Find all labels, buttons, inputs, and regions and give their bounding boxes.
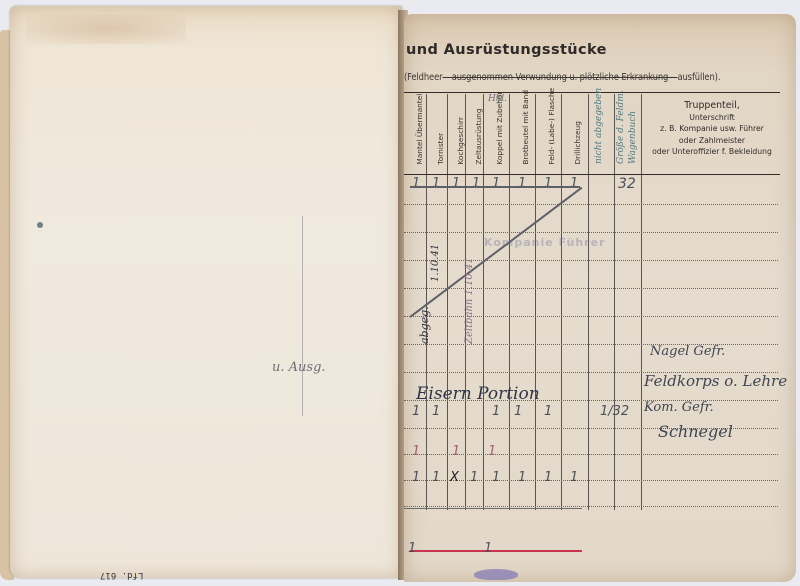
entry-mark: 1 <box>492 176 500 191</box>
entry-mark: 1 <box>514 404 522 419</box>
col-zeltausruestung: Zeltausrüstung <box>466 95 484 169</box>
column-divider <box>641 94 642 510</box>
open-booklet: u. Ausg. Lfd. 617 und Ausrüstungsstücke … <box>0 0 800 586</box>
subtitle-suffix: ausfüllen). <box>677 72 720 83</box>
row-line <box>404 204 778 205</box>
pencil-line <box>302 216 303 416</box>
entry-mark: 1 <box>412 470 420 485</box>
entry-mark: 1 <box>412 444 420 459</box>
entry-mark: 1 <box>492 404 500 419</box>
entry-extra: 32 <box>618 176 636 192</box>
entry-mark: 1 <box>452 176 460 191</box>
vertical-red-note: Zeltbahn 1.10.41 <box>464 257 475 344</box>
row-line <box>404 316 778 317</box>
column-divider <box>614 94 615 510</box>
entry-mark: 1 <box>544 470 552 485</box>
entry-mark: 1 <box>570 470 578 485</box>
signature-rank: Nagel Gefr. <box>650 344 725 359</box>
entry-mark: 1 <box>544 176 552 191</box>
entry-mark: 1 <box>488 444 496 459</box>
handwritten-header-note: Wagenbuch <box>628 111 638 164</box>
row-line <box>404 480 778 481</box>
red-rule-mark: 1 <box>408 541 416 556</box>
col-kochgeschirr: Kochgeschirr <box>448 95 466 169</box>
row-line <box>404 288 778 289</box>
ink-dot <box>37 222 43 228</box>
handwritten-header-note: Größe d. Feldm. <box>616 90 626 164</box>
entry-mark: 1 <box>432 470 440 485</box>
column-divider <box>483 94 484 510</box>
row-line <box>404 232 778 233</box>
pencil-note: u. Ausg. <box>272 360 326 375</box>
handwritten-heading: Eisern Portion <box>416 384 540 404</box>
col-drillichzeug: Drillichzeug <box>564 95 584 169</box>
entry-mark: 1 <box>432 404 440 419</box>
subtitle-struck: – ausgenommen Verwundung u. plötzliche E… <box>443 72 678 83</box>
col-koppel: Koppel mit Zubehör <box>484 95 508 169</box>
entry-mark: 1 <box>472 176 480 191</box>
entry-mark: 1 <box>492 470 500 485</box>
entry-mark: 1 <box>412 176 420 191</box>
header-bottom-rule <box>404 174 780 175</box>
page-subtitle: (Feldheer – ausgenommen Verwundung u. pl… <box>404 72 720 83</box>
column-divider <box>447 94 448 510</box>
col-tornister: Tornister <box>428 95 446 169</box>
handwritten-header-note: nicht abgegeben <box>594 88 604 164</box>
faded-stamp: Kompanie Führer <box>484 236 605 249</box>
column-divider <box>509 94 510 510</box>
signature-column-header: Truppenteil, Unterschrift z. B. Kompanie… <box>644 100 780 158</box>
entry-mark: 1 <box>452 444 460 459</box>
handwritten-header-note: Hkl. <box>488 94 507 104</box>
right-page: und Ausrüstungsstücke (Feldheer – ausgen… <box>404 14 796 582</box>
entry-mark: 1 <box>518 470 526 485</box>
row-line <box>404 260 778 261</box>
age-stain <box>26 14 186 44</box>
signature-rank-2: Kom. Gefr. <box>644 400 714 415</box>
col-mantel: Mantel Übermantel <box>406 95 426 169</box>
bottom-stamp: Lfd. 617 <box>100 570 143 580</box>
column-divider <box>588 94 589 510</box>
entry-mark: 1 <box>544 404 552 419</box>
signature-name: Schnegel <box>658 422 733 441</box>
entry-mark: 1 <box>470 470 478 485</box>
red-rule-mark: 1 <box>484 541 492 556</box>
entry-extra: 1/32 <box>600 404 629 419</box>
red-underline <box>410 550 582 552</box>
column-divider <box>561 94 562 510</box>
page-title: und Ausrüstungsstücke <box>406 42 607 58</box>
column-divider <box>535 94 536 510</box>
left-page: u. Ausg. <box>10 6 402 578</box>
vertical-note: abgeg. <box>418 306 431 344</box>
col-brotbeutel: Brotbeutel mit Band <box>510 95 534 169</box>
entry-mark: 1 <box>432 176 440 191</box>
vertical-date: 1.10.41 <box>430 244 441 282</box>
entry-mark: X <box>450 470 459 485</box>
purple-stamp-fragment <box>474 569 518 580</box>
subtitle-prefix: (Feldheer <box>404 72 443 83</box>
col-feldflasche: Feld- (Labe-) Flasche <box>536 95 560 169</box>
strike-line <box>410 186 580 188</box>
row-line <box>404 506 778 507</box>
pencil-total-rule <box>404 508 582 509</box>
entry-mark: 1 <box>518 176 526 191</box>
signature-unit: Feldkorps o. Lehre <box>644 372 787 390</box>
entry-mark: 1 <box>412 404 420 419</box>
